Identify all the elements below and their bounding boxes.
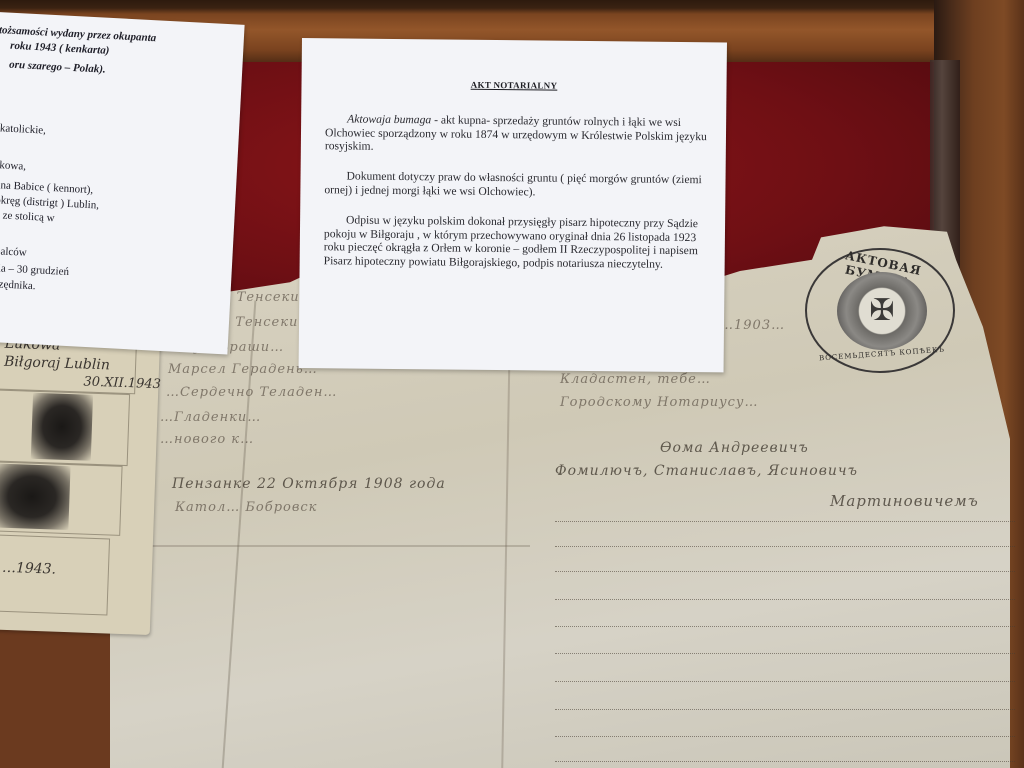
info-line: ukowa, — [0, 159, 26, 173]
handwriting-line: …Гладенки… — [160, 410, 261, 425]
handwriting-line: …1903… — [720, 318, 785, 333]
handwriting-line: Городскому Нотариусу… — [560, 395, 758, 410]
handwriting-scribble — [555, 708, 1015, 710]
handwriting-signature: Катол… Бобровск — [175, 500, 317, 515]
sheet-paragraph-3: Odpisu w języku polskim dokonał przysięg… — [324, 213, 707, 271]
info-line: mina Babice ( kennort), — [0, 179, 94, 196]
handwriting-line: Марсел Герадень… — [168, 362, 318, 377]
revenue-stamp: АКТОВАЯ БУМАГА. ✠ ВОСЕМЬДЕСЯТЪ КОПѢЕКЪ — [805, 248, 955, 373]
info-line: wienia – 30 grudzień — [0, 261, 69, 278]
kenkarta-id-card: Lukowa Biłgoraj Lublin 30.XII.1943 …1943… — [0, 329, 160, 635]
info-sheet-kenkarta: tożsamości wydany przez okupanta roku 19… — [0, 10, 245, 354]
handwriting-scribble — [555, 520, 1015, 522]
handwriting-scribble — [555, 680, 1015, 682]
handwriting-line: …Сердечно Теладен… — [166, 385, 337, 400]
handwriting-line: Ѳома Андреевичъ — [660, 440, 809, 456]
info-line: go urzędnika. — [0, 277, 36, 292]
info-line: roku 1943 ( kenkarta) — [10, 40, 110, 57]
info-line: katolickie, — [0, 122, 46, 136]
handwriting-scribble — [555, 570, 1015, 572]
handwriting-line: Кладастен, тебе… — [560, 372, 711, 387]
italic-lead: Aktowaja bumaga — [347, 112, 431, 126]
info-line: ski palców — [0, 244, 27, 258]
handwriting-line: Фомилючъ, Станиславъ, Ясиновичъ — [555, 463, 858, 479]
stamp-emblem-ring: ✠ — [837, 272, 927, 350]
kenkarta-year: …1943. — [2, 560, 57, 578]
handwriting-scribble — [555, 625, 1015, 627]
paper-fold-horizontal — [110, 545, 530, 547]
handwriting-scribble — [555, 735, 1015, 737]
info-line: oru szarego – Polak). — [9, 59, 106, 76]
handwriting-line: Мартиновичемъ — [830, 492, 979, 510]
info-line: nd) ze stolicą w — [0, 209, 55, 225]
double-headed-eagle-icon: ✠ — [865, 292, 899, 330]
fingerprint — [31, 393, 93, 461]
kenkarta-date: 30.XII.1943 — [83, 375, 161, 393]
handwriting-line: …нового к… — [160, 432, 254, 447]
sheet-paragraph-2: Dokument dotyczy praw do własności grunt… — [324, 169, 706, 200]
fingerprint — [0, 463, 71, 530]
handwriting-scribble — [555, 760, 1015, 762]
sheet-title: AKT NOTARIALNY — [301, 78, 726, 92]
info-line: ), okręg (distrigt ) Lublin, — [0, 194, 99, 212]
handwriting-scribble — [555, 545, 1015, 547]
handwriting-scribble — [555, 652, 1015, 654]
sheet-paragraph-1: Aktowaja bumaga - akt kupna- sprzedaży g… — [325, 112, 707, 156]
info-sheet-notarial-deed: AKT NOTARIALNY Aktowaja bumaga - akt kup… — [299, 38, 727, 372]
handwriting-date: Пензанке 22 Октября 1908 года — [172, 476, 446, 492]
handwriting-scribble — [555, 598, 1015, 600]
display-case-photo: …ка Тенсеки… …ведн, Тенсеки… …Тусдъраши…… — [0, 0, 1024, 768]
